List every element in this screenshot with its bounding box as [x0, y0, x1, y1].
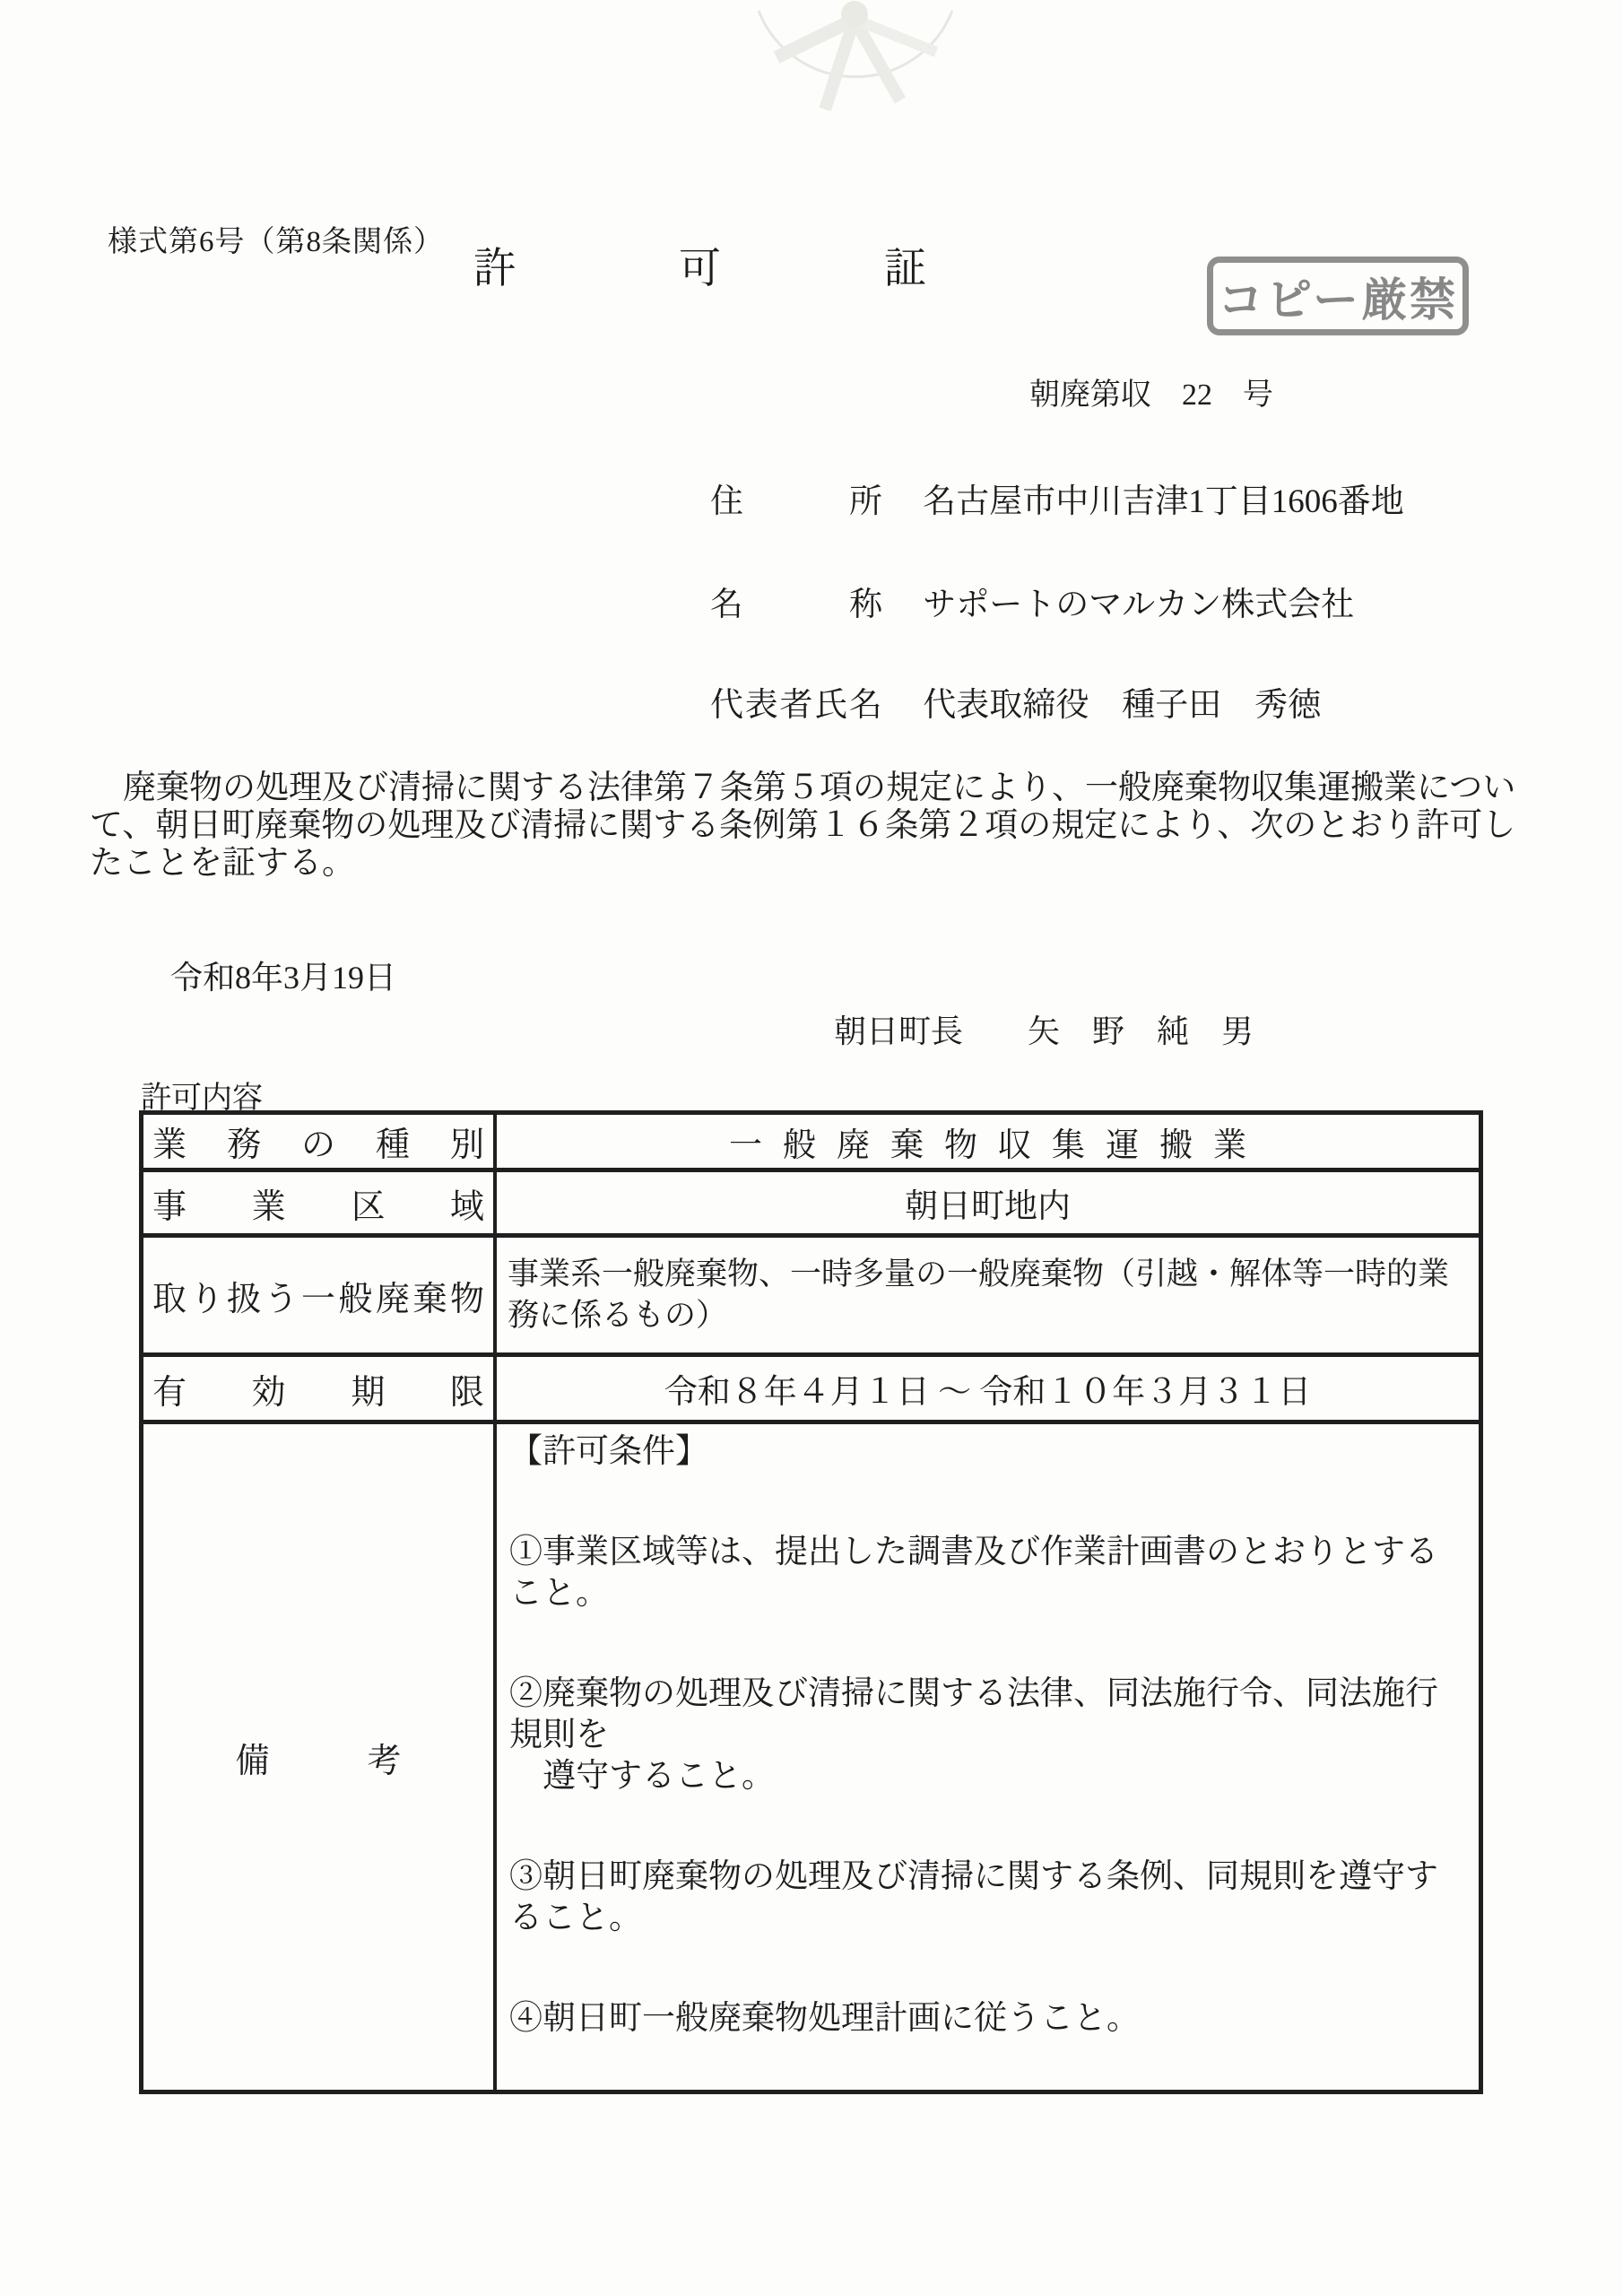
form-number: 様式第6号（第8条関係） — [108, 218, 444, 260]
remarks-label: 備考 — [236, 1733, 402, 1782]
business-area-value: 朝日町地内 — [497, 1172, 1479, 1233]
representative-label: 代表者氏名 — [710, 677, 882, 726]
issuer-mayor-name: 朝日町長 矢 野 純 男 — [834, 1006, 1254, 1052]
name-value: サポートのマルカン株式会社 — [923, 577, 1354, 625]
validity-period-label: 有効期限 — [152, 1364, 484, 1413]
table-row-business-type: 業務の種別 一般廃棄物収集運搬業 — [143, 1115, 1479, 1172]
page-title: 許可証 — [473, 235, 1089, 295]
waste-handled-label-cell: 取り扱う一般廃棄物 — [143, 1238, 497, 1352]
permit-condition-1: ①事業区域等は、提出した調書及び作業計画書のとおりとすること。 — [509, 1532, 1466, 1614]
business-type-value: 一般廃棄物収集運搬業 — [497, 1115, 1479, 1168]
business-type-label: 業務の種別 — [152, 1117, 484, 1166]
address-value: 名古屋市中川吉津1丁目1606番地 — [923, 474, 1404, 522]
name-row: 名称 サポートのマルカン株式会社 — [710, 577, 1354, 625]
certification-paragraph: 廃棄物の処理及び清掃に関する法律第７条第５項の規定により、一般廃棄物収集運搬業に… — [90, 770, 1551, 883]
validity-period-label-cell: 有効期限 — [143, 1357, 497, 1420]
permit-condition-2: ②廃棄物の処理及び清掃に関する法律、同法施行令、同法施行規則を 遵守すること。 — [509, 1674, 1466, 1797]
issue-date: 令和8年3月19日 — [170, 952, 396, 998]
paragraph-line: て、朝日町廃棄物の処理及び清掃に関する条例第１６条第２項の規定により、次のとおり… — [90, 807, 1551, 845]
address-label: 住所 — [710, 474, 882, 522]
remarks-label-cell: 備考 — [143, 1424, 497, 2090]
paragraph-line: 廃棄物の処理及び清掃に関する法律第７条第５項の規定により、一般廃棄物収集運搬業に… — [90, 770, 1551, 807]
table-row-remarks: 備考 【許可条件】 ①事業区域等は、提出した調書及び作業計画書のとおりとすること… — [143, 1424, 1479, 2090]
permit-details-table: 業務の種別 一般廃棄物収集運搬業 事業区域 朝日町地内 取り扱う一般廃棄物 事業… — [139, 1110, 1483, 2094]
permit-condition-3: ③朝日町廃棄物の処理及び清掃に関する条例、同規則を遵守すること。 — [509, 1857, 1466, 1939]
address-row: 住所 名古屋市中川吉津1丁目1606番地 — [710, 474, 1404, 522]
table-row-business-area: 事業区域 朝日町地内 — [143, 1172, 1479, 1238]
validity-period-value: 令和８年４月１日 ～ 令和１０年３月３１日 — [497, 1357, 1479, 1420]
copy-prohibited-stamp: コピー厳禁 — [1207, 257, 1469, 335]
scanned-permit-document: 様式第6号（第8条関係） 許可証 コピー厳禁 朝廃第収 22 号 住所 名古屋市… — [0, 0, 1623, 2296]
waste-handled-value: 事業系一般廃棄物、一時多量の一般廃棄物（引越・解体等一時的業務に係るもの） — [497, 1238, 1479, 1352]
remarks-content: 【許可条件】 ①事業区域等は、提出した調書及び作業計画書のとおりとすること。 ②… — [497, 1424, 1479, 2090]
emblem-watermark — [737, 0, 975, 135]
business-type-label-cell: 業務の種別 — [143, 1115, 497, 1168]
business-area-label-cell: 事業区域 — [143, 1172, 497, 1233]
paragraph-line: たことを証する。 — [90, 845, 1551, 883]
permit-conditions-header: 【許可条件】 — [509, 1431, 1466, 1473]
table-row-waste-handled: 取り扱う一般廃棄物 事業系一般廃棄物、一時多量の一般廃棄物（引越・解体等一時的業… — [143, 1238, 1479, 1357]
representative-row: 代表者氏名 代表取締役 種子田 秀徳 — [710, 677, 1321, 726]
document-number: 朝廃第収 22 号 — [1029, 370, 1273, 413]
permit-condition-4: ④朝日町一般廃棄物処理計画に従うこと。 — [509, 1998, 1466, 2039]
table-row-validity-period: 有効期限 令和８年４月１日 ～ 令和１０年３月３１日 — [143, 1357, 1479, 1424]
name-label: 名称 — [710, 577, 882, 625]
business-area-label: 事業区域 — [152, 1178, 484, 1228]
waste-handled-label: 取り扱う一般廃棄物 — [152, 1271, 484, 1320]
representative-value: 代表取締役 種子田 秀徳 — [923, 677, 1321, 726]
